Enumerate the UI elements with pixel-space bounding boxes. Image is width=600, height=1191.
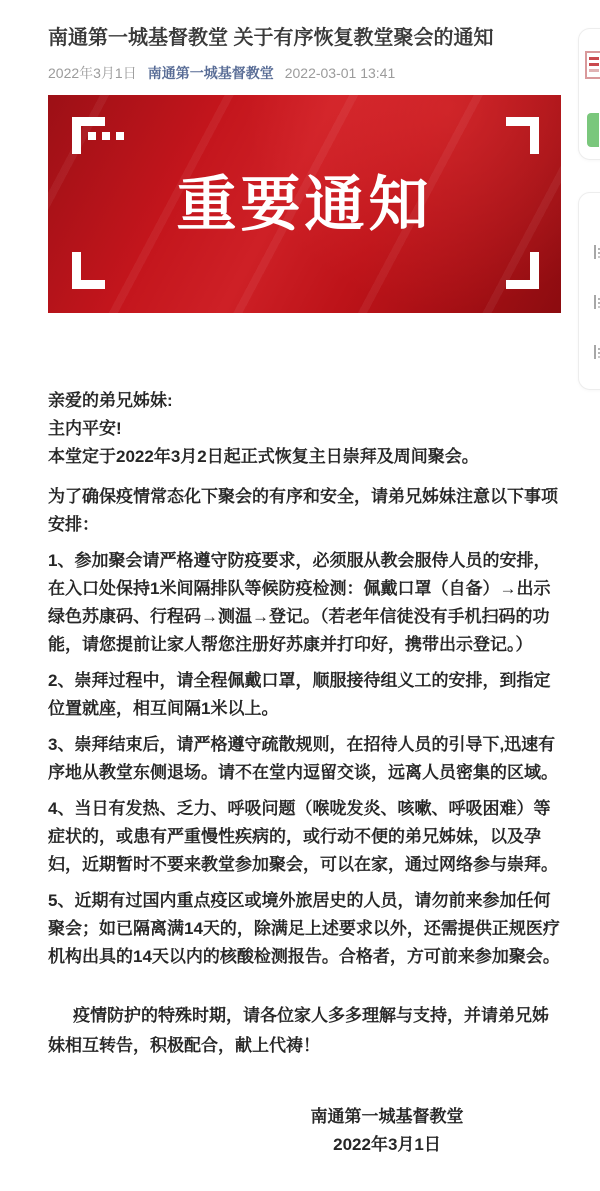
- meta-publish-time: 2022-03-01 13:41: [285, 64, 396, 82]
- greeting-line-2: 主内平安!: [48, 415, 561, 443]
- floating-share-card[interactable]: [578, 192, 600, 390]
- wechat-share-icon[interactable]: [587, 113, 599, 147]
- banner-title: 重要通知: [48, 157, 561, 243]
- paragraph-resume-date: 本堂定于2022年3月2日起正式恢复主日崇拜及周间聚会。: [48, 443, 561, 471]
- signature-date: 2022年3月1日: [213, 1131, 561, 1159]
- banner-corner-bottom-left-icon: [72, 252, 105, 289]
- article-column: 南通第一城基督教堂 关于有序恢复教堂聚会的通知 2022年3月1日 南通第一城基…: [48, 0, 561, 1159]
- floating-action-card[interactable]: [578, 28, 600, 160]
- coupon-icon[interactable]: [585, 51, 600, 79]
- page-title: 南通第一城基督教堂 关于有序恢复教堂聚会的通知: [48, 25, 561, 51]
- notice-body: 亲爱的弟兄姊妹: 主内平安! 本堂定于2022年3月2日起正式恢复主日崇拜及周间…: [48, 387, 561, 1159]
- banner-ellipsis-dots-icon: [88, 132, 124, 140]
- share-option-icon-2[interactable]: [594, 295, 600, 309]
- greeting-line-1: 亲爱的弟兄姊妹:: [48, 387, 561, 415]
- share-option-icon-1[interactable]: [594, 245, 600, 259]
- paragraph-intro: 为了确保疫情常态化下聚会的有序和安全，请弟兄姊妹注意以下事项安排：: [48, 483, 561, 539]
- banner-corner-bottom-right-icon: [506, 252, 539, 289]
- banner-corner-top-right-icon: [506, 117, 539, 154]
- paragraph-item-4: 4、当日有发热、乏力、呼吸问题（喉咙发炎、咳嗽、呼吸困难）等症状的，或患有严重慢…: [48, 795, 561, 879]
- article-meta: 2022年3月1日 南通第一城基督教堂 2022-03-01 13:41: [48, 64, 561, 82]
- paragraph-item-3: 3、崇拜结束后，请严格遵守疏散规则，在招待人员的引导下,迅速有序地从教堂东侧退场…: [48, 731, 561, 787]
- article-page: 南通第一城基督教堂 关于有序恢复教堂聚会的通知 2022年3月1日 南通第一城基…: [0, 0, 600, 1191]
- paragraph-item-5: 5、近期有过国内重点疫区或境外旅居史的人员，请勿前来参加任何聚会；如已隔离满14…: [48, 887, 561, 971]
- meta-account-link[interactable]: 南通第一城基督教堂: [148, 64, 274, 82]
- greeting-paragraph: 亲爱的弟兄姊妹: 主内平安!: [48, 387, 561, 443]
- closing-paragraph: 疫情防护的特殊时期，请各位家人多多理解与支持，并请弟兄姊妹相互转告，积极配合，献…: [48, 1001, 561, 1061]
- meta-date-cn: 2022年3月1日: [48, 64, 137, 82]
- important-notice-banner-image: 重要通知: [48, 95, 561, 313]
- paragraph-item-2: 2、崇拜过程中，请全程佩戴口罩，顺服接待组义工的安排，到指定位置就座，相互间隔1…: [48, 667, 561, 723]
- share-option-icon-3[interactable]: [594, 345, 600, 359]
- signature-church-name: 南通第一城基督教堂: [213, 1103, 561, 1131]
- paragraph-item-1: 1、参加聚会请严格遵守防疫要求，必须服从教会服侍人员的安排，在入口处保持1米间隔…: [48, 547, 561, 659]
- signature-block: 南通第一城基督教堂 2022年3月1日: [48, 1103, 561, 1159]
